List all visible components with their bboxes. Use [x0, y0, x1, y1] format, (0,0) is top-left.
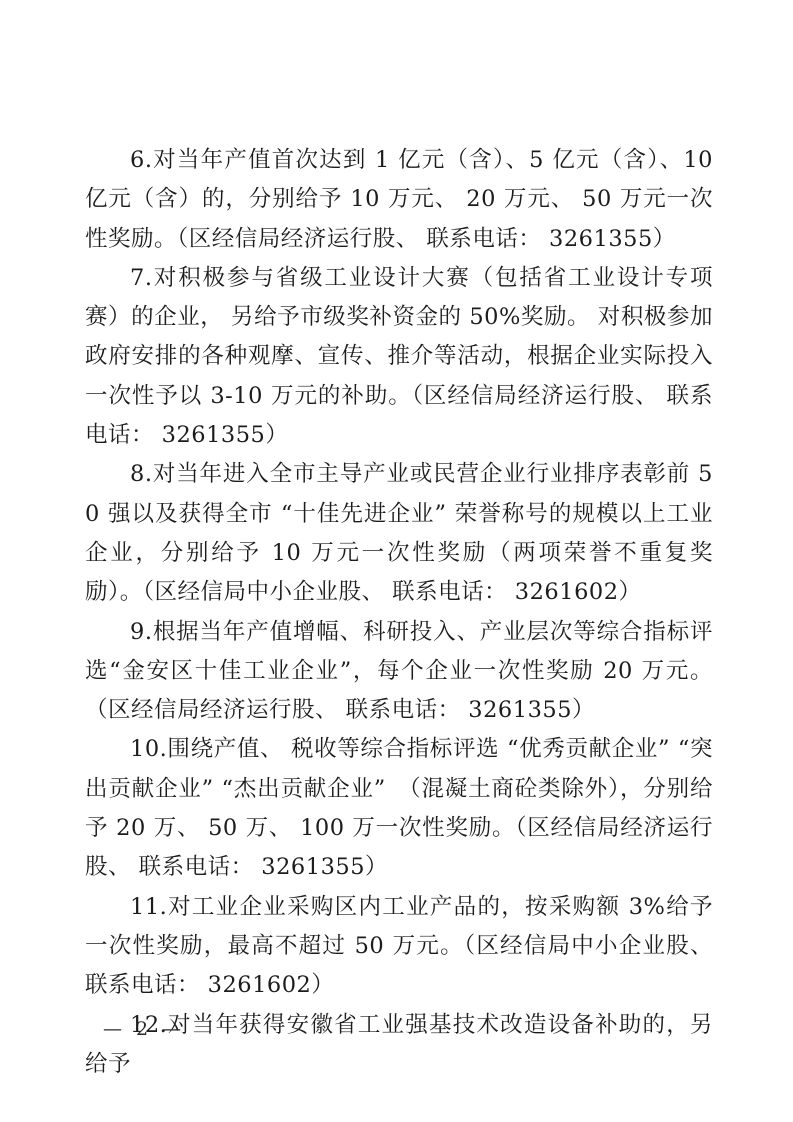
page-number: — 2 —: [103, 1018, 185, 1040]
document-page: 6.对当年产值首次达到 1 亿元（含）、5 亿元（含）、10 亿元（含）的，分别…: [0, 0, 793, 1122]
document-body: 6.对当年产值首次达到 1 亿元（含）、5 亿元（含）、10 亿元（含）的，分别…: [85, 141, 713, 1084]
policy-item-6: 6.对当年产值首次达到 1 亿元（含）、5 亿元（含）、10 亿元（含）的，分别…: [85, 141, 713, 259]
policy-item-7: 7.对积极参与省级工业设计大赛（包括省工业设计专项赛）的企业， 另给予市级奖补资…: [85, 259, 713, 455]
policy-item-11: 11.对工业企业采购区内工业产品的，按采购额 3%给予一次性奖励，最高不超过 5…: [85, 888, 713, 1006]
policy-item-9: 9.根据当年产值增幅、科研投入、产业层次等综合指标评选“金安区十佳工业企业”，每…: [85, 613, 713, 731]
policy-item-8: 8.对当年进入全市主导产业或民营企业行业排序表彰前 50 强以及获得全市 “十佳…: [85, 455, 713, 612]
policy-item-10: 10.围绕产值、 税收等综合指标评选 “优秀贡献企业” “突出贡献企业” “杰出…: [85, 730, 713, 887]
